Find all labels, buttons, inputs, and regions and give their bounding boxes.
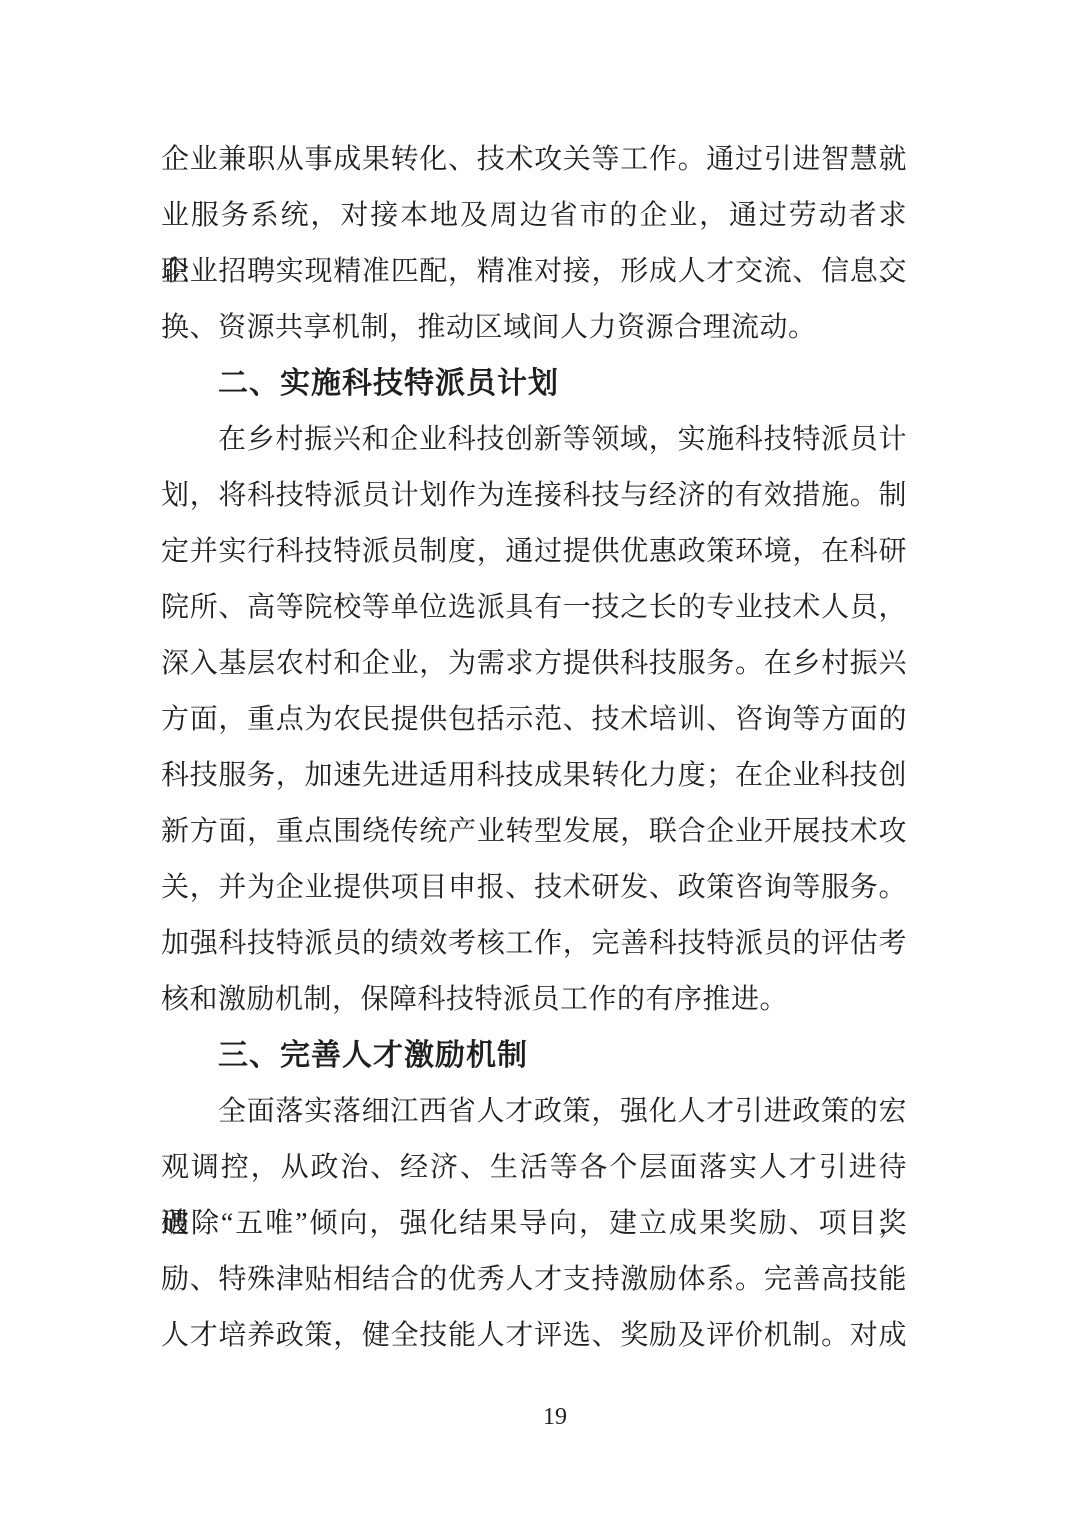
document-text-block: 企业兼职从事成果转化、技术攻关等工作。通过引进智慧就业服务系统，对接本地及周边省… bbox=[161, 132, 907, 1364]
text-line: 人才培养政策，健全技能人才评选、奖励及评价机制。对成 bbox=[161, 1308, 907, 1364]
text-line: 核和激励机制，保障科技特派员工作的有序推进。 bbox=[161, 972, 907, 1028]
text-line: 新方面，重点围绕传统产业转型发展，联合企业开展技术攻 bbox=[161, 804, 907, 860]
text-line: 方面，重点为农民提供包括示范、技术培训、咨询等方面的 bbox=[161, 692, 907, 748]
page-number: 19 bbox=[543, 1402, 567, 1432]
text-line: 企业兼职从事成果转化、技术攻关等工作。通过引进智慧就 bbox=[161, 132, 907, 188]
text-line: 关，并为企业提供项目申报、技术研发、政策咨询等服务。 bbox=[161, 860, 907, 916]
text-line: 破除“五唯”倾向，强化结果导向，建立成果奖励、项目奖 bbox=[161, 1196, 907, 1252]
text-line: 企业招聘实现精准匹配，精准对接，形成人才交流、信息交 bbox=[161, 244, 907, 300]
section-heading: 三、完善人才激励机制 bbox=[161, 1028, 907, 1084]
text-line: 科技服务，加速先进适用科技成果转化力度；在企业科技创 bbox=[161, 748, 907, 804]
text-line: 加强科技特派员的绩效考核工作，完善科技特派员的评估考 bbox=[161, 916, 907, 972]
text-line: 划，将科技特派员计划作为连接科技与经济的有效措施。制 bbox=[161, 468, 907, 524]
text-line: 励、特殊津贴相结合的优秀人才支持激励体系。完善高技能 bbox=[161, 1252, 907, 1308]
text-line: 深入基层农村和企业，为需求方提供科技服务。在乡村振兴 bbox=[161, 636, 907, 692]
text-line: 在乡村振兴和企业科技创新等领域，实施科技特派员计 bbox=[161, 412, 907, 468]
text-line: 观调控，从政治、经济、生活等各个层面落实人才引进待遇， bbox=[161, 1140, 907, 1196]
text-line: 换、资源共享机制，推动区域间人力资源合理流动。 bbox=[161, 300, 907, 356]
text-line: 业服务系统，对接本地及周边省市的企业，通过劳动者求职、 bbox=[161, 188, 907, 244]
text-line: 定并实行科技特派员制度，通过提供优惠政策环境，在科研 bbox=[161, 524, 907, 580]
document-page: 企业兼职从事成果转化、技术攻关等工作。通过引进智慧就业服务系统，对接本地及周边省… bbox=[0, 0, 1074, 1520]
section-heading: 二、实施科技特派员计划 bbox=[161, 356, 907, 412]
text-line: 全面落实落细江西省人才政策，强化人才引进政策的宏 bbox=[161, 1084, 907, 1140]
text-line: 院所、高等院校等单位选派具有一技之长的专业技术人员， bbox=[161, 580, 907, 636]
